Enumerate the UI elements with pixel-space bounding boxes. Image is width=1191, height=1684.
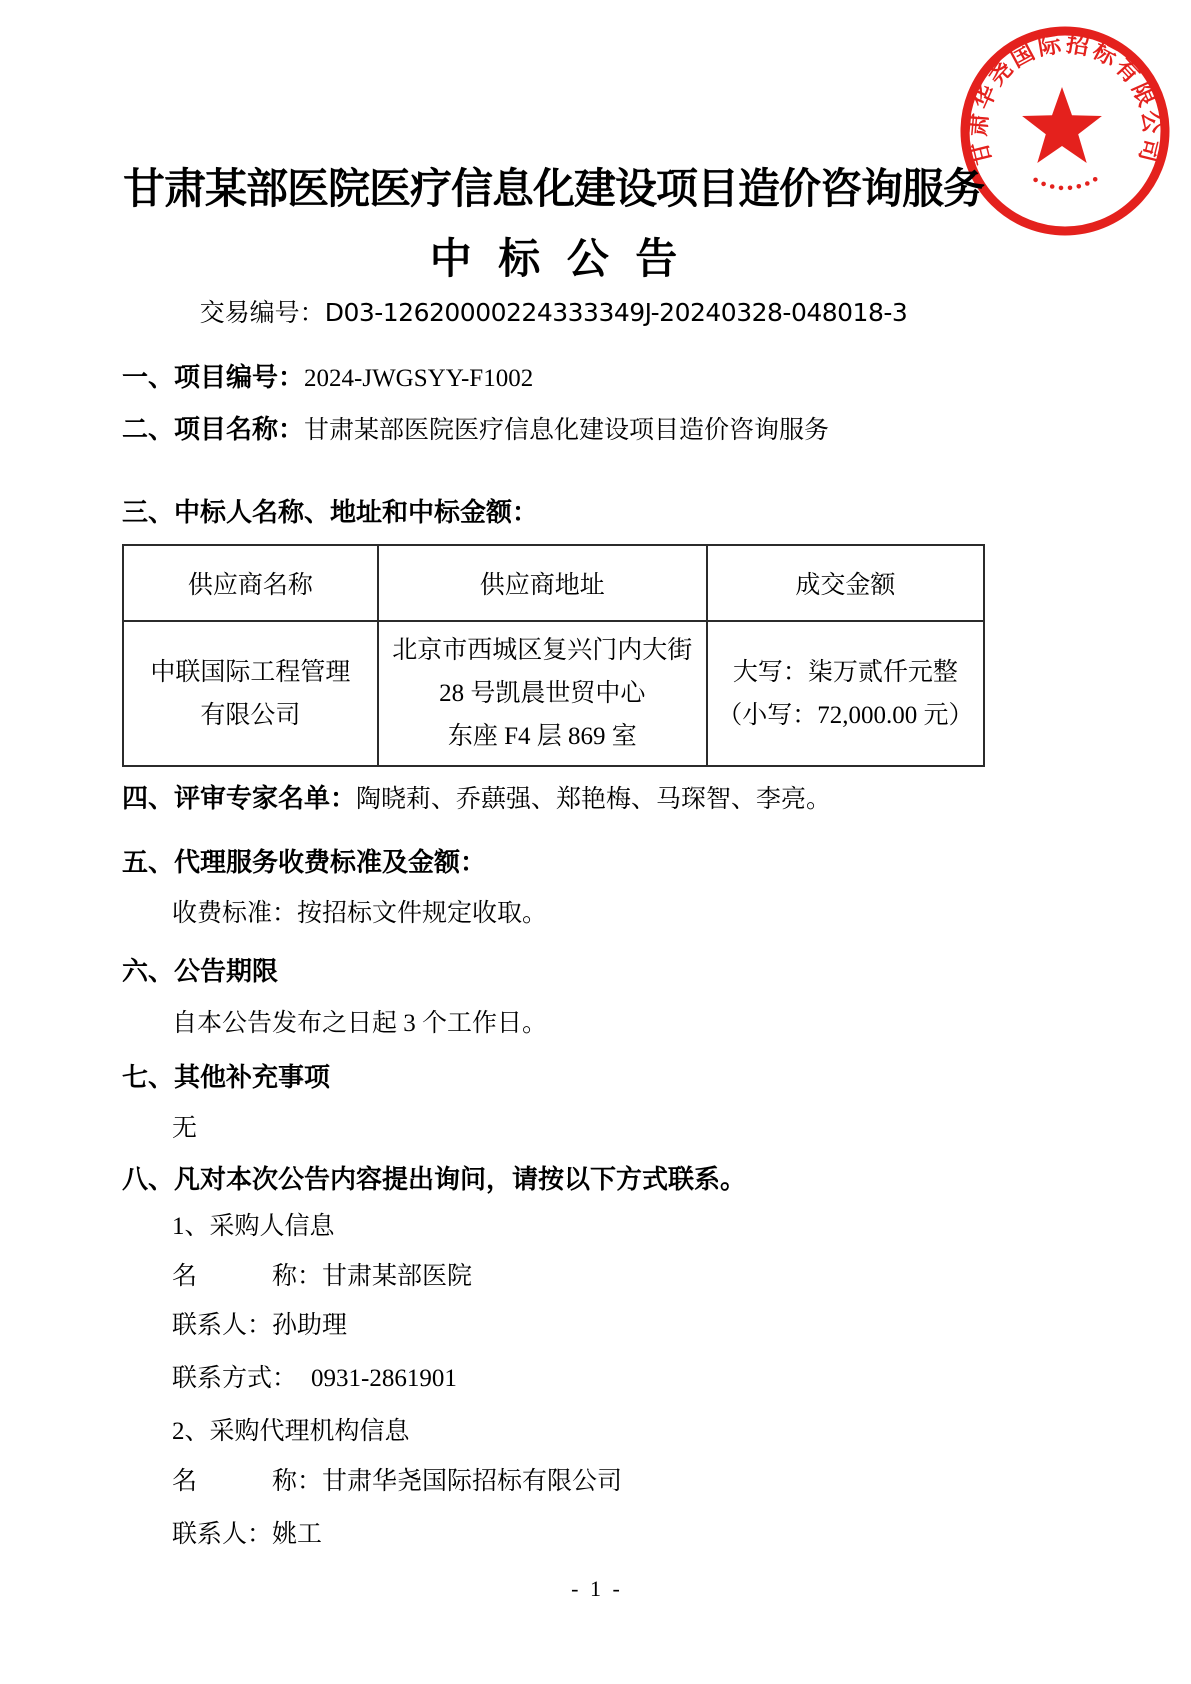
purchaser-name: 甘肃某部医院 <box>322 1263 472 1290</box>
page-number: - 1 - <box>0 1576 1191 1602</box>
section-4-label: 评审专家名单： <box>174 783 356 813</box>
purchaser-name-line: 名 称：甘肃某部医院 <box>122 1260 985 1294</box>
purchaser-name-label: 名 称： <box>172 1263 322 1290</box>
agency-person: 姚工 <box>272 1521 322 1548</box>
cell-supplier-name: 中联国际工程管理 有限公司 <box>123 621 378 766</box>
company-seal: 甘肃华尧国际招标有限公司 <box>951 17 1179 245</box>
purchaser-info-heading: 1、采购人信息 <box>122 1210 985 1244</box>
section-4-num: 四、 <box>122 783 174 813</box>
section-8-num: 八、 <box>122 1164 174 1194</box>
deal-amount-figure: （小写：72,000.00 元） <box>708 694 983 737</box>
document-title-line1: 甘肃某部医院医疗信息化建设项目造价咨询服务 <box>122 163 985 217</box>
seal-star-icon <box>1022 87 1102 163</box>
agency-name-line: 名 称：甘肃华尧国际招标有限公司 <box>122 1465 985 1499</box>
section-7-other-heading: 七、其他补充事项 <box>122 1060 985 1094</box>
agency-name: 甘肃华尧国际招标有限公司 <box>322 1468 622 1495</box>
purchaser-phone: 0931-2861901 <box>311 1365 457 1392</box>
purchaser-phone-line: 联系方式：0931-2861901 <box>122 1362 985 1396</box>
purchaser-person-line: 联系人：孙助理 <box>122 1309 985 1343</box>
section-2-num: 二、 <box>122 414 174 444</box>
supplier-name-line2: 有限公司 <box>124 694 377 737</box>
section-6-num: 六、 <box>122 956 174 986</box>
section-6-body: 自本公告发布之日起 3 个工作日。 <box>122 1007 985 1041</box>
section-1-label: 项目编号： <box>174 362 304 392</box>
agency-info-heading: 2、采购代理机构信息 <box>122 1415 985 1449</box>
award-table-header-row: 供应商名称 供应商地址 成交金额 <box>123 545 984 621</box>
cell-supplier-address: 北京市西城区复兴门内大街 28 号凯晨世贸中心 东座 F4 层 869 室 <box>378 621 707 766</box>
section-5-agency-fee-heading: 五、代理服务收费标准及金额： <box>122 845 985 879</box>
section-7-label: 其他补充事项 <box>174 1062 330 1092</box>
section-7-num: 七、 <box>122 1062 174 1092</box>
section-1-num: 一、 <box>122 362 174 392</box>
transaction-number-line: 交易编号：D03-12620000224333349J-20240328-048… <box>122 296 985 330</box>
supplier-address-line1: 北京市西城区复兴门内大街 <box>379 629 706 672</box>
company-seal-graphic: 甘肃华尧国际招标有限公司 <box>951 17 1179 245</box>
section-6-label: 公告期限 <box>174 956 278 986</box>
section-2-label: 项目名称： <box>174 414 304 444</box>
section-8-contact-heading: 八、凡对本次公告内容提出询问，请按以下方式联系。 <box>122 1162 985 1196</box>
transaction-label: 交易编号： <box>200 300 325 327</box>
document-content: 甘肃某部医院医疗信息化建设项目造价咨询服务 中 标 公 告 交易编号：D03-1… <box>122 0 985 1552</box>
announcement-page: 甘肃某部医院医疗信息化建设项目造价咨询服务 中 标 公 告 交易编号：D03-1… <box>0 0 1191 1684</box>
header-supplier-address: 供应商地址 <box>378 545 707 621</box>
supplier-address-line3: 东座 F4 层 869 室 <box>379 715 706 758</box>
section-5-label: 代理服务收费标准及金额： <box>174 847 486 877</box>
section-4-experts: 四、评审专家名单：陶晓莉、乔蕻强、郑艳梅、马琛智、李亮。 <box>122 781 985 817</box>
section-2-value: 甘肃某部医院医疗信息化建设项目造价咨询服务 <box>304 417 829 444</box>
agency-person-line: 联系人：姚工 <box>122 1518 985 1552</box>
document-title-line2: 中 标 公 告 <box>122 233 985 287</box>
section-3-num: 三、 <box>122 497 174 527</box>
supplier-name-line1: 中联国际工程管理 <box>124 651 377 694</box>
section-6-period-heading: 六、公告期限 <box>122 954 985 988</box>
section-3-label: 中标人名称、地址和中标金额： <box>174 497 538 527</box>
section-5-num: 五、 <box>122 847 174 877</box>
header-supplier-name: 供应商名称 <box>123 545 378 621</box>
section-3-winner-heading: 三、中标人名称、地址和中标金额： <box>122 495 985 529</box>
purchaser-person: 孙助理 <box>272 1312 347 1339</box>
cell-deal-amount: 大写：柒万贰仟元整 （小写：72,000.00 元） <box>707 621 984 766</box>
section-8-label: 凡对本次公告内容提出询问，请按以下方式联系。 <box>174 1164 746 1194</box>
purchaser-person-label: 联系人： <box>172 1312 272 1339</box>
transaction-number: D03-12620000224333349J-20240328-048018-3 <box>325 298 908 327</box>
section-4-value: 陶晓莉、乔蕻强、郑艳梅、马琛智、李亮。 <box>356 786 831 813</box>
seal-serial-marks <box>1033 177 1097 190</box>
agency-name-label: 名 称： <box>172 1468 322 1495</box>
section-1-value: 2024-JWGSYY-F1002 <box>304 365 533 392</box>
section-1-project-number: 一、项目编号：2024-JWGSYY-F1002 <box>122 360 985 396</box>
supplier-address-line2: 28 号凯晨世贸中心 <box>379 672 706 715</box>
section-2-project-name: 二、项目名称：甘肃某部医院医疗信息化建设项目造价咨询服务 <box>122 412 985 448</box>
section-5-body: 收费标准：按招标文件规定收取。 <box>122 897 985 931</box>
header-deal-amount: 成交金额 <box>707 545 984 621</box>
award-table: 供应商名称 供应商地址 成交金额 中联国际工程管理 有限公司 北京市西城区复兴门… <box>122 544 985 767</box>
agency-person-label: 联系人： <box>172 1521 272 1548</box>
purchaser-phone-label: 联系方式： <box>172 1365 297 1392</box>
deal-amount-words: 大写：柒万贰仟元整 <box>708 651 983 694</box>
section-7-body: 无 <box>122 1112 985 1146</box>
award-table-row: 中联国际工程管理 有限公司 北京市西城区复兴门内大街 28 号凯晨世贸中心 东座… <box>123 621 984 766</box>
